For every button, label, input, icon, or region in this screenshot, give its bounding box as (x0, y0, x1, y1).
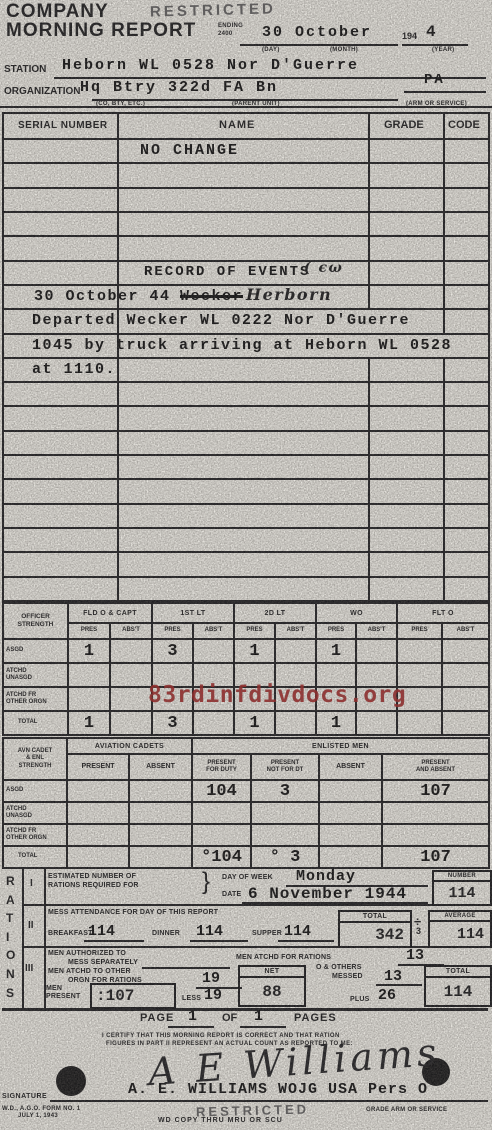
enlisted-cell (320, 803, 381, 823)
dinner-value: 114 (196, 923, 223, 940)
enlisted-cell (130, 803, 191, 823)
signature-typed-name: A. E. WILLIAMS WOJG USA Pers O (128, 1081, 428, 1098)
estimated-line-2: RATIONS REQUIRED FOR (48, 882, 139, 889)
roster-empty-row (4, 237, 488, 261)
section-numeral-3: III (25, 963, 33, 974)
page-title: MORNING REPORT (6, 20, 196, 42)
form-number-line-1: W.D., A.G.O. FORM NO. 1 (2, 1106, 80, 1112)
page-number: 1 (188, 1008, 197, 1025)
brace-glyph: } (202, 868, 210, 896)
roster-empty-row (4, 383, 488, 407)
officer-cell (357, 712, 396, 734)
roster-empty-row (4, 505, 488, 529)
enlisted-cell (383, 825, 488, 845)
mess-total-box: TOTAL 342 (338, 910, 412, 948)
net-label: NET (240, 967, 304, 978)
officer-cell (357, 640, 396, 662)
mess-total-label: TOTAL (340, 912, 410, 923)
officer-cell: 1 (235, 640, 274, 662)
subhead-pres: PRES (235, 624, 274, 638)
roster-table: SERIAL NUMBER NAME GRADE CODE NO CHANGE … (2, 112, 490, 602)
mess-total-value: 342 (340, 923, 410, 946)
rations-section: R A T I O N S I II III ESTIMATED NUMBER … (2, 868, 488, 1011)
subhead-abst: ABS'T (111, 624, 151, 638)
rations-total-label: TOTAL (426, 967, 490, 978)
subhead-abst: ABS'T (276, 624, 315, 638)
less-label: LESS (182, 995, 201, 1002)
enlisted-corner: AVN CADET & ENL STRENGTH (4, 739, 66, 779)
average-label: AVERAGE (430, 912, 490, 922)
ending-label: ENDING 2400 (218, 23, 243, 39)
page-label: PAGE (140, 1012, 174, 1024)
event-date: 30 October 44 (34, 288, 171, 305)
rations-rail-line-1 (22, 868, 24, 1008)
watermark-text: 83rdinfdivdocs.org (148, 682, 406, 708)
event-handwritten-correction: Herborn (246, 285, 332, 304)
officer-cell (111, 664, 151, 686)
copy-line: WD COPY THRU MRU OR SCU (158, 1117, 283, 1124)
roster-empty-row (4, 407, 488, 431)
roster-empty-row (4, 529, 488, 553)
mess-attendance-title: MESS ATTENDANCE FOR DAY OF THIS REPORT (48, 909, 218, 916)
event-line-4: at 1110. (32, 361, 116, 378)
roster-row-no-change: NO CHANGE (4, 140, 488, 164)
arm-value: PA (424, 72, 445, 88)
pages-label: PAGES (294, 1012, 337, 1024)
subhead-present-for-duty: PRESENT FOR DUTY (193, 755, 250, 779)
day-of-week-label: DAY OF WEEK (222, 874, 273, 881)
enlisted-cell (252, 803, 318, 823)
average-box: AVERAGE 114 (428, 910, 492, 948)
enlisted-cell (130, 781, 191, 801)
enlisted-cell (320, 781, 381, 801)
roster-empty-row (4, 432, 488, 456)
enlisted-cell (320, 825, 381, 845)
subhead-present-and-absent: PRESENT AND ABSENT (383, 755, 488, 779)
group-wo: WO (317, 604, 396, 622)
group-enlisted-men: ENLISTED MEN (193, 739, 488, 753)
atchd-other-value: 19 (202, 970, 220, 987)
roster-empty-row (4, 189, 488, 213)
breakfast-label: BREAKFAST (48, 930, 93, 937)
enlisted-cell: ° 3 (252, 847, 318, 867)
enlisted-cell (68, 803, 128, 823)
officer-cell: 3 (153, 712, 192, 734)
mess-separately-underline (142, 967, 230, 969)
date-underline (240, 44, 398, 46)
officer-cell (443, 712, 488, 734)
officer-cell (111, 688, 151, 710)
officer-cell (398, 640, 441, 662)
auth-line-2: MESS SEPARATELY (68, 959, 138, 966)
others-line-1: O & OTHERS (316, 964, 362, 971)
enlisted-cell (130, 847, 191, 867)
rations-divider-1 (22, 904, 488, 906)
officer-cell (276, 640, 315, 662)
roster-header-row: SERIAL NUMBER NAME GRADE CODE (4, 114, 488, 140)
officer-cell (69, 688, 109, 710)
officer-cell: 1 (317, 640, 355, 662)
group-fld-o-capt: FLD O & CAPT (69, 604, 151, 622)
enlisted-row-label: ATCHD FR OTHER ORGN (4, 825, 66, 845)
officer-row-label: TOTAL (4, 712, 67, 734)
rations-date-value: 6 November 1944 (248, 885, 407, 903)
enlisted-row-label: ATCHD UNASGD (4, 803, 66, 823)
subhead-abst: ABS'T (357, 624, 396, 638)
year-underline (402, 44, 468, 46)
officer-cell (443, 688, 488, 710)
record-annotation-handwriting: ( ϵω (304, 260, 343, 276)
col-code: CODE (448, 119, 480, 131)
officer-cell (398, 712, 441, 734)
organization-label: ORGANIZATION (4, 86, 80, 97)
col-grade: GRADE (384, 119, 424, 131)
enlisted-row-label: TOTAL (4, 847, 66, 867)
enlisted-cell (383, 803, 488, 823)
officer-cell (194, 640, 233, 662)
atchd-other-line-1: MEN ATCHD TO OTHER (48, 968, 131, 975)
page-underline (168, 1026, 214, 1028)
organization-value: Hq Btry 322d FA Bn (80, 79, 278, 96)
enlisted-cell (130, 825, 191, 845)
roster-empty-row (4, 553, 488, 577)
net-box: NET 88 (238, 965, 306, 1007)
roster-empty-row (4, 164, 488, 188)
station-label: STATION (4, 64, 46, 75)
rations-date-underline (242, 902, 428, 904)
signature-label: SIGNATURE (2, 1093, 47, 1100)
event-row-4: at 1110. (4, 359, 488, 383)
roster-empty-row (4, 480, 488, 504)
report-date-value: 30 October (262, 24, 372, 41)
others-line-2: MESSED (332, 973, 363, 980)
supper-underline (278, 940, 334, 942)
event-struck-word: Wecker (180, 288, 243, 305)
roster-empty-row (4, 213, 488, 237)
enlisted-cell: 104 (193, 781, 250, 801)
net-value: 88 (240, 978, 304, 1005)
subhead-absent: ABSENT (320, 755, 381, 779)
roster-empty-row (4, 578, 488, 600)
less-value: 19 (204, 987, 222, 1004)
date-label: DATE (222, 891, 241, 898)
record-of-events-row: RECORD OF EVENTS ( ϵω (4, 262, 488, 286)
officer-cell (194, 712, 233, 734)
morning-report-document: COMPANY RESTRICTED MORNING REPORT ENDING… (0, 0, 492, 1130)
divide-by: 3 (416, 926, 421, 936)
event-row-2: Departed Wecker WL 0222 Nor D'Guerre (4, 310, 488, 334)
breakfast-value: 114 (88, 923, 115, 940)
officer-cell: 1 (235, 712, 274, 734)
officer-row-label: ATCHD FR OTHER ORGN (4, 688, 67, 710)
number-value: 114 (434, 882, 490, 904)
auth-line-1: MEN AUTHORIZED TO (48, 950, 126, 957)
estimated-line-1: ESTIMATED NUMBER OF (48, 873, 136, 880)
officer-cell: 3 (153, 640, 192, 662)
officer-row-label: ATCHD UNASGD (4, 664, 67, 686)
enlisted-cell: 107 (383, 847, 488, 867)
no-change-entry: NO CHANGE (140, 142, 239, 159)
event-row-1: 30 October 44 Wecker Herborn (4, 286, 488, 310)
officer-cell (276, 712, 315, 734)
atchd-for-rations-label: MEN ATCHD FOR RATIONS (236, 954, 331, 961)
dinner-label: DINNER (152, 930, 180, 937)
enlisted-cell (193, 825, 250, 845)
enlisted-cell: 107 (383, 781, 488, 801)
supper-value: 114 (284, 923, 311, 940)
others-value: 13 (384, 968, 402, 985)
year-typed: 4 (426, 23, 436, 41)
hole-punch-left (56, 1066, 86, 1096)
enlisted-cell (252, 825, 318, 845)
plus-value: 26 (378, 987, 396, 1004)
header-divider (0, 106, 492, 108)
group-1st-lt: 1ST LT (153, 604, 233, 622)
subhead-abst: ABS'T (194, 624, 233, 638)
col-name: NAME (219, 119, 255, 131)
record-of-events-title: RECORD OF EVENTS (144, 264, 310, 280)
officer-strength-table: OFFICER STRENGTH FLD O & CAPT 1ST LT 2D … (2, 602, 490, 736)
men-present-label: MEN PRESENT (46, 985, 80, 1002)
enlisted-cell: 3 (252, 781, 318, 801)
officer-cell (443, 640, 488, 662)
arm-underline (404, 91, 486, 93)
number-box: NUMBER 114 (432, 870, 492, 906)
enlisted-cell (68, 781, 128, 801)
enlisted-row-label: ASGD (4, 781, 66, 801)
enlisted-cell (68, 847, 128, 867)
dinner-underline (190, 940, 248, 942)
officer-cell (69, 664, 109, 686)
men-present-box: :107 (90, 983, 176, 1009)
enlisted-cell (320, 847, 381, 867)
station-value: Heborn WL 0528 Nor D'Guerre (62, 57, 359, 74)
year-sublabel: (YEAR) (432, 47, 454, 53)
officer-strength-corner: OFFICER STRENGTH (4, 604, 67, 638)
form-number-line-2: JULY 1, 1943 (18, 1113, 58, 1119)
others-underline (376, 984, 422, 986)
men-present-value: :107 (92, 985, 174, 1007)
rations-total-box: TOTAL 114 (424, 965, 492, 1007)
subhead-pres: PRES (69, 624, 109, 638)
officer-cell (111, 712, 151, 734)
subhead-pres: PRES (317, 624, 355, 638)
plus-label: PLUS (350, 996, 369, 1003)
officer-cell: 1 (317, 712, 355, 734)
enlisted-cell (193, 803, 250, 823)
event-row-3: 1045 by truck arriving at Heborn WL 0528 (4, 335, 488, 359)
pages-number: 1 (254, 1008, 263, 1025)
officer-cell: 1 (69, 712, 109, 734)
average-value: 114 (430, 922, 490, 946)
grade-service-label: GRADE ARM OR SERVICE (366, 1107, 447, 1113)
officer-cell (443, 664, 488, 686)
rations-vertical-label: R A T I O N S (6, 872, 15, 1002)
subhead-pres: PRES (153, 624, 192, 638)
section-numeral-1: I (30, 878, 33, 889)
month-sublabel: (MONTH) (330, 47, 358, 53)
of-label: OF (222, 1012, 237, 1024)
roster-empty-row (4, 456, 488, 480)
group-aviation-cadets: AVIATION CADETS (68, 739, 191, 753)
atchd-for-rations-value: 13 (406, 947, 424, 964)
certify-line-1: I CERTIFY THAT THIS MORNING REPORT IS CO… (102, 1033, 340, 1039)
event-line-2: Departed Wecker WL 0222 Nor D'Guerre (32, 312, 410, 329)
restricted-stamp-top: RESTRICTED (150, 0, 276, 20)
officer-cell (111, 640, 151, 662)
subhead-absent: ABSENT (130, 755, 191, 779)
section-numeral-2: II (28, 920, 34, 931)
col-serial-number: SERIAL NUMBER (18, 120, 108, 131)
subhead-pres: PRES (398, 624, 441, 638)
breakfast-underline (84, 940, 144, 942)
rations-total-value: 114 (426, 978, 490, 1005)
subhead-present: PRESENT (68, 755, 128, 779)
supper-label: SUPPER (252, 930, 282, 937)
number-label: NUMBER (434, 872, 490, 882)
year-printed: 194 (402, 31, 417, 41)
enlisted-strength-table: AVN CADET & ENL STRENGTH AVIATION CADETS… (2, 737, 490, 869)
group-2d-lt: 2D LT (235, 604, 315, 622)
pages-underline (240, 1026, 286, 1028)
officer-cell: 1 (69, 640, 109, 662)
event-line-3: 1045 by truck arriving at Heborn WL 0528 (32, 337, 452, 354)
officer-row-label: ASGD (4, 640, 67, 662)
day-sublabel: (DAY) (262, 47, 280, 53)
subhead-present-not-for-duty: PRESENT NOT FOR DT (252, 755, 318, 779)
enlisted-cell: °104 (193, 847, 250, 867)
day-of-week-value: Monday (296, 868, 356, 885)
subhead-abst: ABS'T (443, 624, 488, 638)
group-flt-o: FLT O (398, 604, 488, 622)
enlisted-cell (68, 825, 128, 845)
